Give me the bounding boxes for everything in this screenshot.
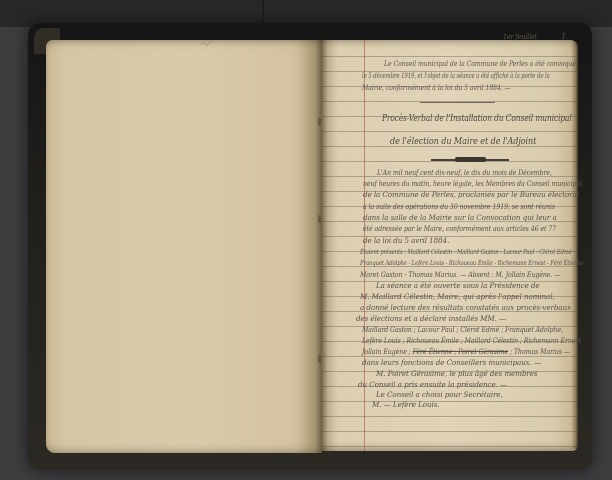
- section-title-line1: Procès-Verbal de l'Installation du Conse…: [382, 113, 572, 124]
- binding-stitch: [318, 215, 321, 223]
- struck-names: Féré Étienne ; Poiret Gérasime: [413, 347, 509, 356]
- manuscript-line: à la suite des opérations du 30 novembre…: [363, 202, 555, 211]
- manuscript-line: de la Commune de Perles, proclamés par l…: [363, 190, 579, 199]
- manuscript-line: neuf heures du matin, heure légale, les …: [363, 179, 582, 188]
- convocation-note-line: Le Conseil municipal de la Commune de Pe…: [384, 59, 576, 68]
- manuscript-line: Moret Gaston - Thomas Marius. — Absent :…: [360, 270, 560, 279]
- manuscript-line: La séance a été ouverte sous la Présiden…: [376, 281, 540, 290]
- manuscript-line: des élections et a déclaré installés MM.…: [356, 314, 506, 323]
- separator-line: [420, 102, 495, 103]
- section-title-line2: de l'élection du Maire et de l'Adjoint: [390, 136, 536, 147]
- manuscript-line: de la loi du 5 avril 1884.: [363, 236, 449, 245]
- pencil-mark: [200, 40, 214, 47]
- names-after-strike: ; Thomas Marius —: [508, 347, 570, 356]
- manuscript-line: dans leurs fonctions de Conseillers muni…: [362, 358, 541, 367]
- manuscript-line: M. Poiret Gérasime, le plus âgé des memb…: [376, 369, 537, 378]
- manuscript-line: Le Conseil a choisi pour Secrétaire,: [376, 390, 503, 399]
- left-blank-page: [46, 40, 322, 453]
- manuscript-line: du Conseil a pris ensuite la présidence.…: [358, 380, 507, 389]
- binding-stitch: [318, 118, 321, 126]
- binding-stitch: [318, 355, 321, 363]
- manuscript-line: a donné lecture des résultats constatés …: [360, 303, 571, 312]
- manuscript-line-with-strikethrough: Jollain Eugène ; Féré Étienne ; Poiret G…: [362, 347, 570, 356]
- manuscript-line: Maillard Gaston ; Lacour Paul ; Clérot E…: [362, 325, 563, 334]
- gutter-shadow: [298, 40, 338, 453]
- page-number: 1: [561, 32, 566, 42]
- convocation-note-line: Mairie, conformément à la loi du 5 avril…: [362, 83, 511, 92]
- manuscript-line: L'An mil neuf cent dix-neuf, le dix du m…: [377, 168, 552, 177]
- manuscript-line: été adressée par le Maire, conformément …: [363, 224, 556, 233]
- manuscript-line: M. Maillard Célestin, Maire, qui après l…: [360, 292, 555, 301]
- manuscript-line: dans la salle de la Mairie sur la Convoc…: [363, 213, 557, 222]
- manuscript-line: Franquet Adolphe - Lefère Louis - Richou…: [360, 259, 584, 267]
- names-before-strike: Jollain Eugène ;: [362, 347, 413, 356]
- scanned-register-page: 1er feuillet 1 Le Conseil municipal de l…: [0, 0, 612, 480]
- page-block-edge: [571, 42, 578, 449]
- folio-label: 1er feuillet: [503, 33, 537, 41]
- red-margin-line: [364, 40, 365, 451]
- manuscript-line: Lefère Louis ; Richoueau Émile ; Maillar…: [362, 336, 581, 345]
- manuscript-line: M. — Lefère Louis.: [372, 400, 440, 409]
- manuscript-line: Étaient présents : Maillard Célestin - M…: [360, 248, 572, 256]
- ink-divider-blob: [455, 157, 486, 162]
- convocation-note-line: le 5 décembre 1919, et l'objet de la séa…: [362, 71, 550, 80]
